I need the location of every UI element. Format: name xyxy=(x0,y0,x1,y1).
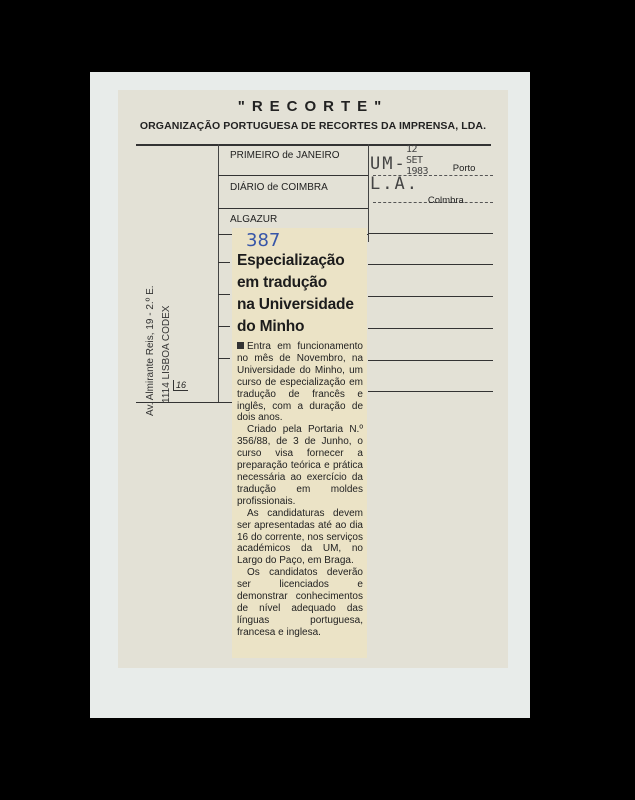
form-subtitle: ORGANIZAÇÃO PORTUGUESA DE RECORTES DA IM… xyxy=(118,120,508,132)
headline-line: em tradução xyxy=(237,272,369,294)
stamp-code: UM- L.A. xyxy=(370,154,419,194)
address-street: Av. Almirante Reis, 19 - 2.º E. xyxy=(145,285,156,416)
row-rule xyxy=(368,264,493,265)
headline-line: do Minho xyxy=(237,316,369,338)
row-rule xyxy=(218,208,368,209)
row-rule xyxy=(368,360,493,361)
paragraph: As candidaturas devem ser apresentadas a… xyxy=(237,508,363,568)
clipping-headline: Especialização em tradução na Universida… xyxy=(237,250,369,338)
bullet-square-icon xyxy=(237,342,244,349)
address-city: 1114 LISBOA CODEX xyxy=(161,306,172,403)
row-tick xyxy=(218,358,230,359)
row-rule xyxy=(368,233,493,234)
row-rule xyxy=(368,391,493,392)
paragraph: Criado pela Portaria N.º 356/88, de 3 de… xyxy=(237,424,363,507)
paragraph: Os candidatos deverão ser licenciados e … xyxy=(237,567,363,638)
clipping-body: Entra em funcionamento no mês de Novembr… xyxy=(237,341,363,639)
newspaper-name: ALGAZUR xyxy=(230,214,277,225)
handwritten-number: 387 xyxy=(246,230,280,251)
paragraph-text: Entra em funcionamento no mês de Novembr… xyxy=(237,341,363,423)
paragraph: Entra em funcionamento no mês de Novembr… xyxy=(237,341,363,424)
form-title: "RECORTE" xyxy=(118,98,508,115)
column-divider-right xyxy=(368,144,369,242)
newspaper-name: DIÁRIO de COIMBRA xyxy=(230,182,328,193)
row-tick xyxy=(218,294,230,295)
newspaper-city: Colmbra xyxy=(428,195,464,206)
address-block: Av. Almirante Reis, 19 - 2.º E. 1114 LIS… xyxy=(145,198,175,418)
column-divider-left xyxy=(218,144,219,402)
row-rule xyxy=(368,328,493,329)
newspaper-entry: DIÁRIO de COIMBRA Colmbra xyxy=(230,182,328,193)
headline-line: na Universidade xyxy=(237,294,369,316)
header-rule xyxy=(136,144,491,146)
row-tick xyxy=(218,326,230,327)
headline-line: Especialização xyxy=(237,250,369,272)
newspaper-clipping: 387 Especialização em tradução na Univer… xyxy=(232,228,367,658)
newspaper-entry: PRIMEIRO de JANEIRO Porto xyxy=(230,150,339,161)
row-rule xyxy=(368,296,493,297)
newspaper-entry: ALGAZUR xyxy=(230,214,277,225)
row-rule xyxy=(218,175,368,176)
newspaper-city: Porto xyxy=(453,163,476,174)
form-number: 16 xyxy=(173,380,188,391)
row-tick xyxy=(218,262,230,263)
newspaper-name: PRIMEIRO de JANEIRO xyxy=(230,150,339,161)
